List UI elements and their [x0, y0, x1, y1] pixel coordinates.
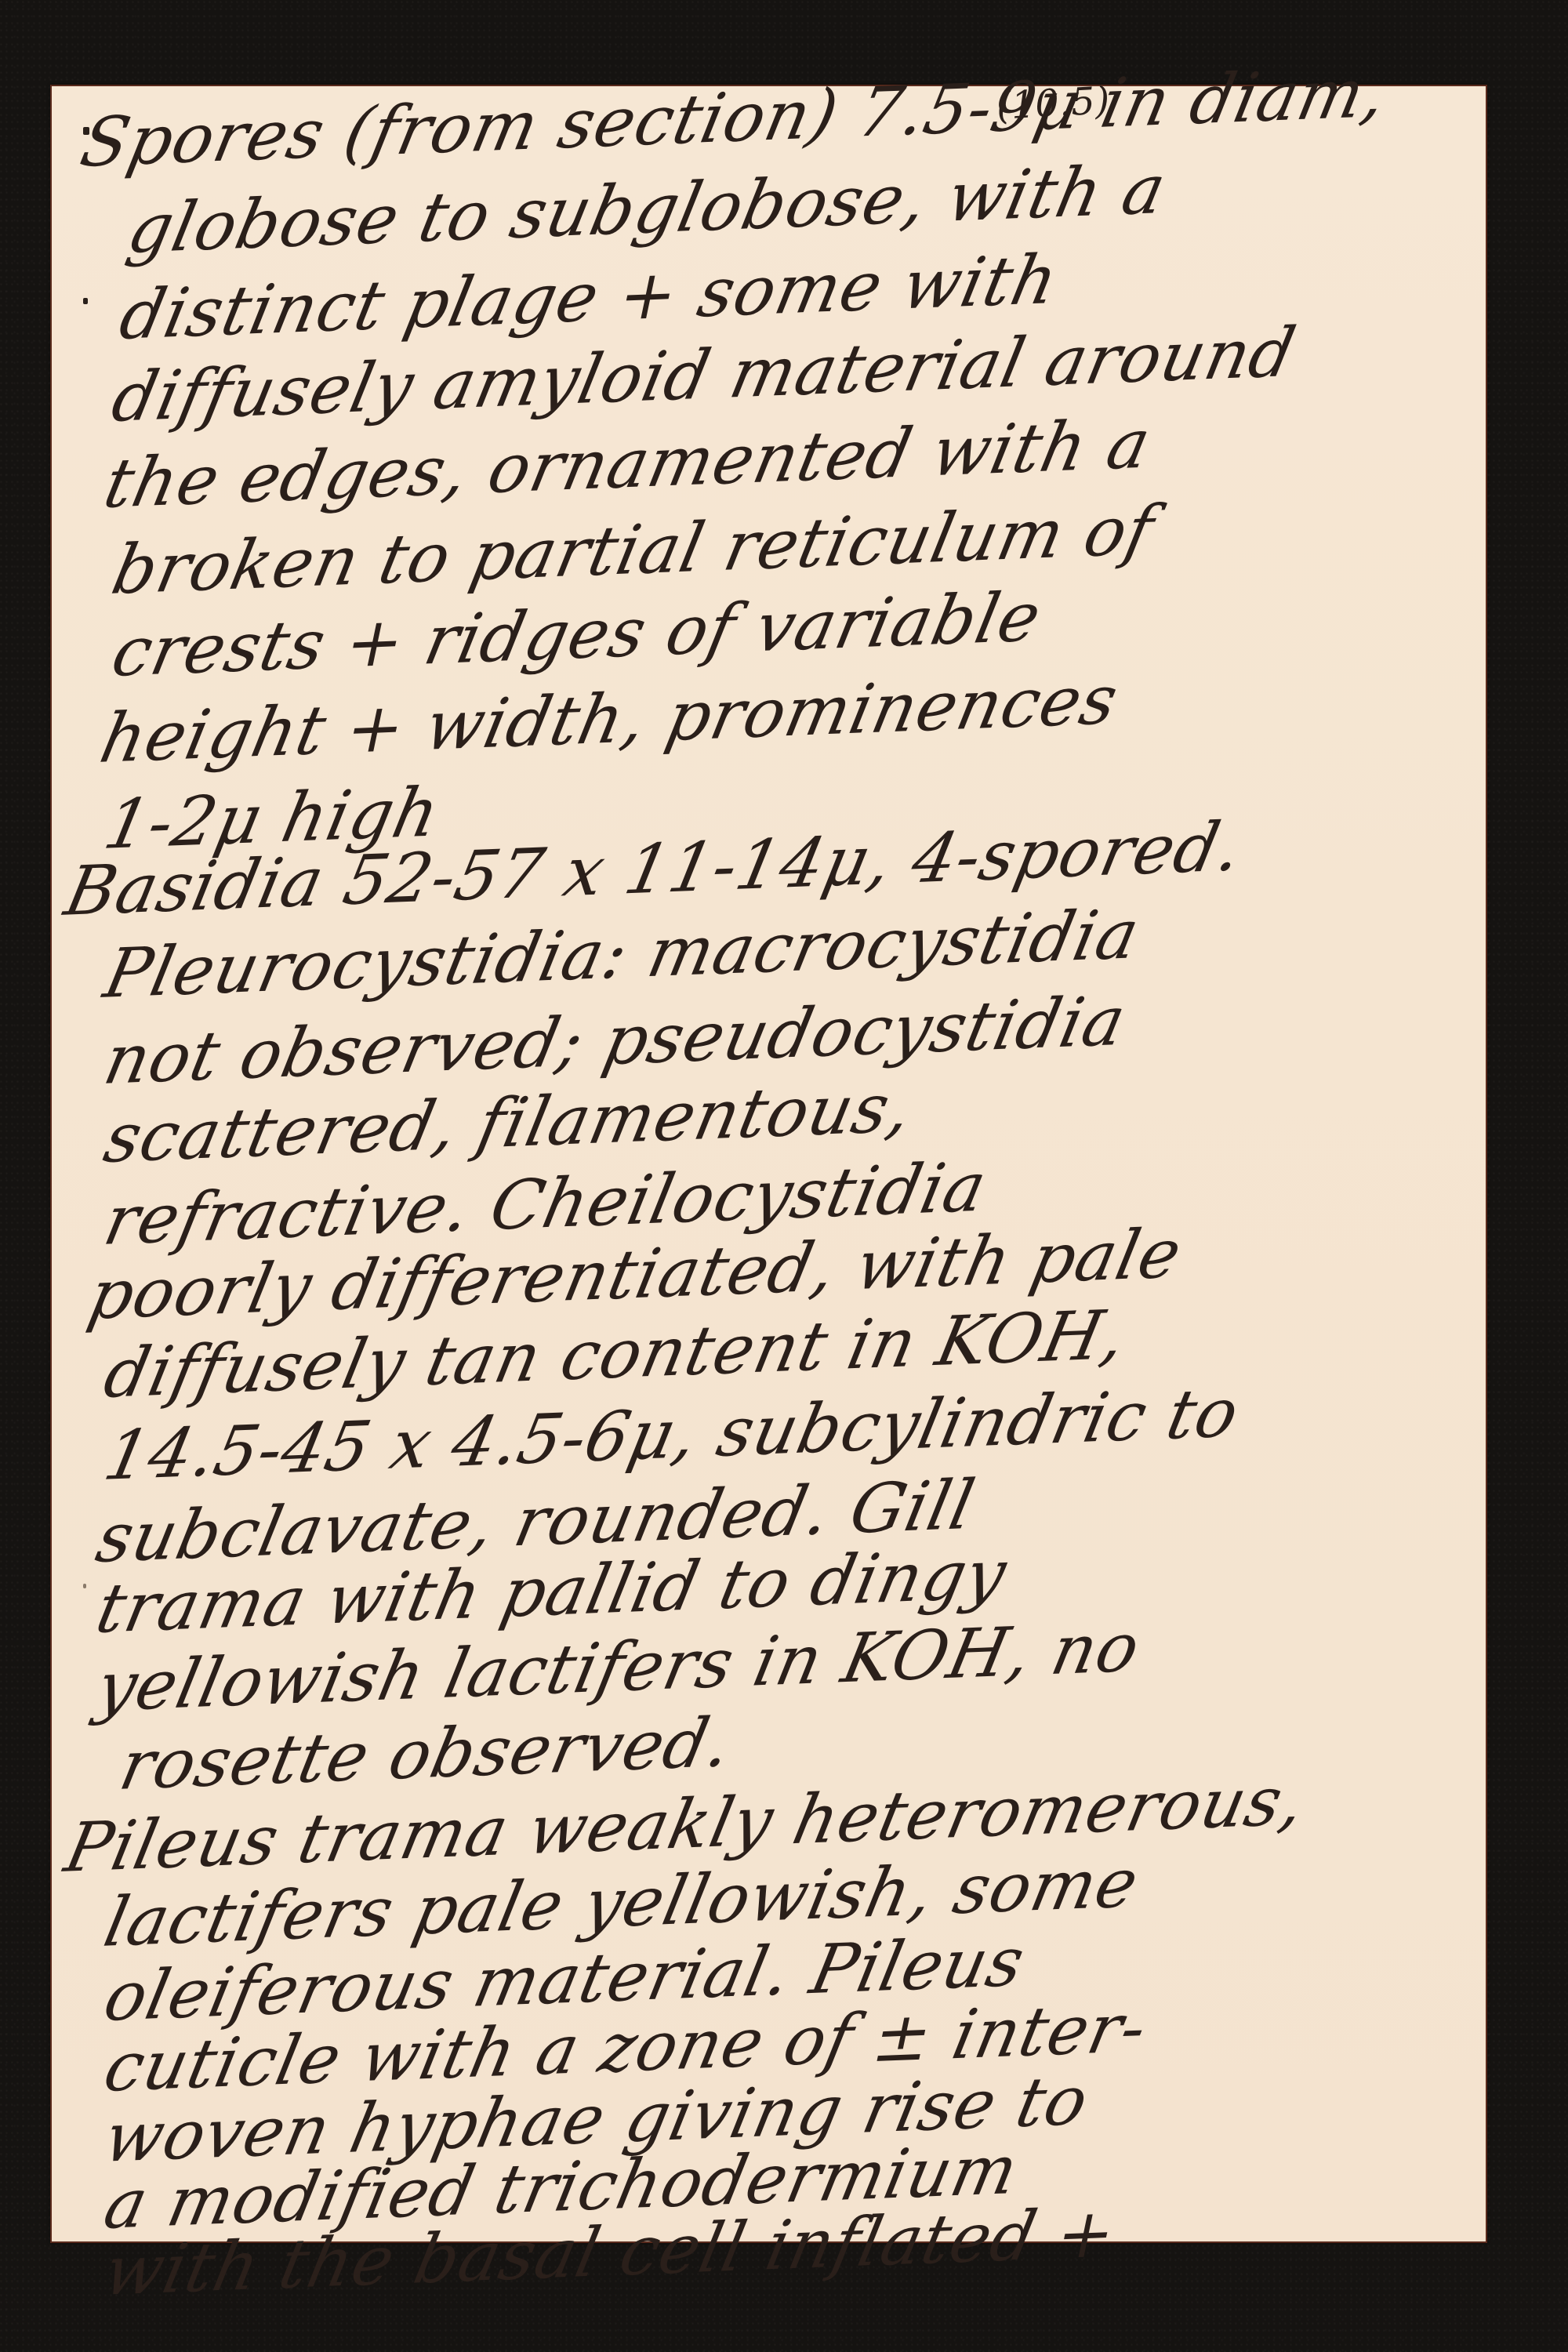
text-line: Spores (from section) 7.5-9μ in diam,: [75, 59, 1392, 177]
index-card: (10.5) Spores (from section) 7.5-9μ in d…: [50, 85, 1487, 2243]
handwritten-text: (10.5) Spores (from section) 7.5-9μ in d…: [52, 86, 1486, 2241]
